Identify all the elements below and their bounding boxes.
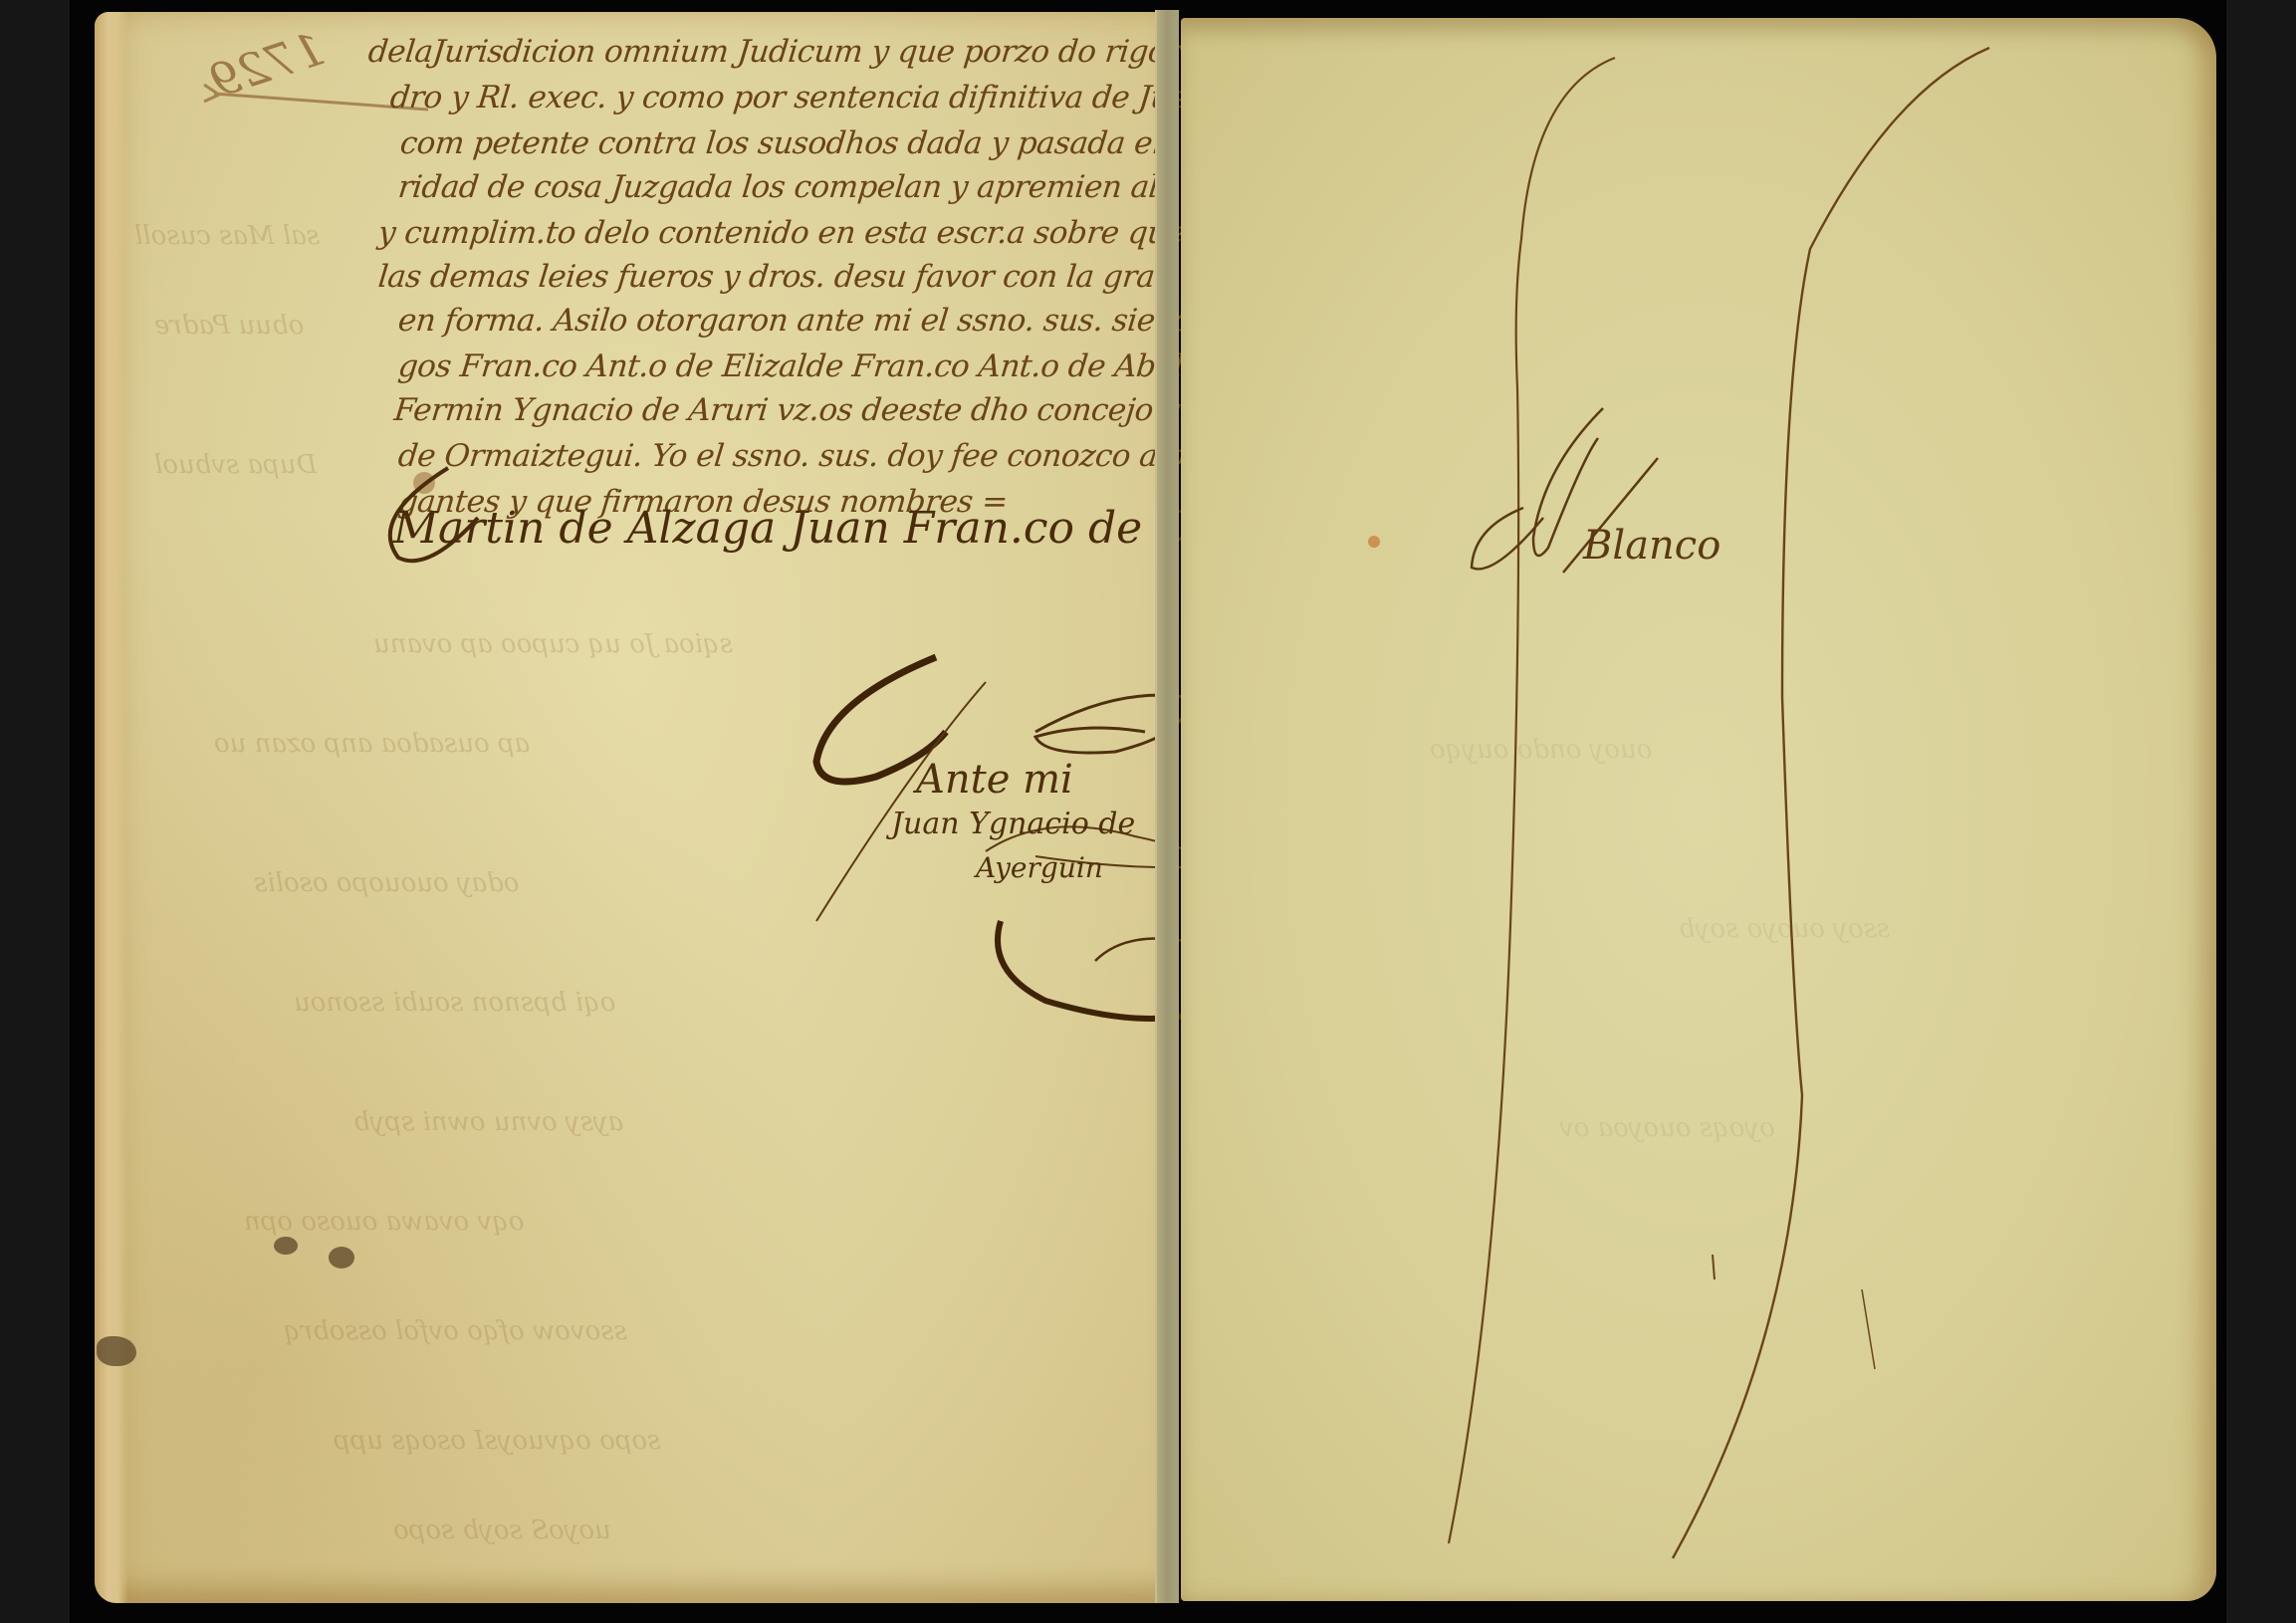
right-page-annotation: Blanco	[1434, 398, 1732, 587]
cancellation-brackets-icon	[0, 0, 2296, 1623]
annotation-text: Blanco	[1583, 523, 1721, 569]
